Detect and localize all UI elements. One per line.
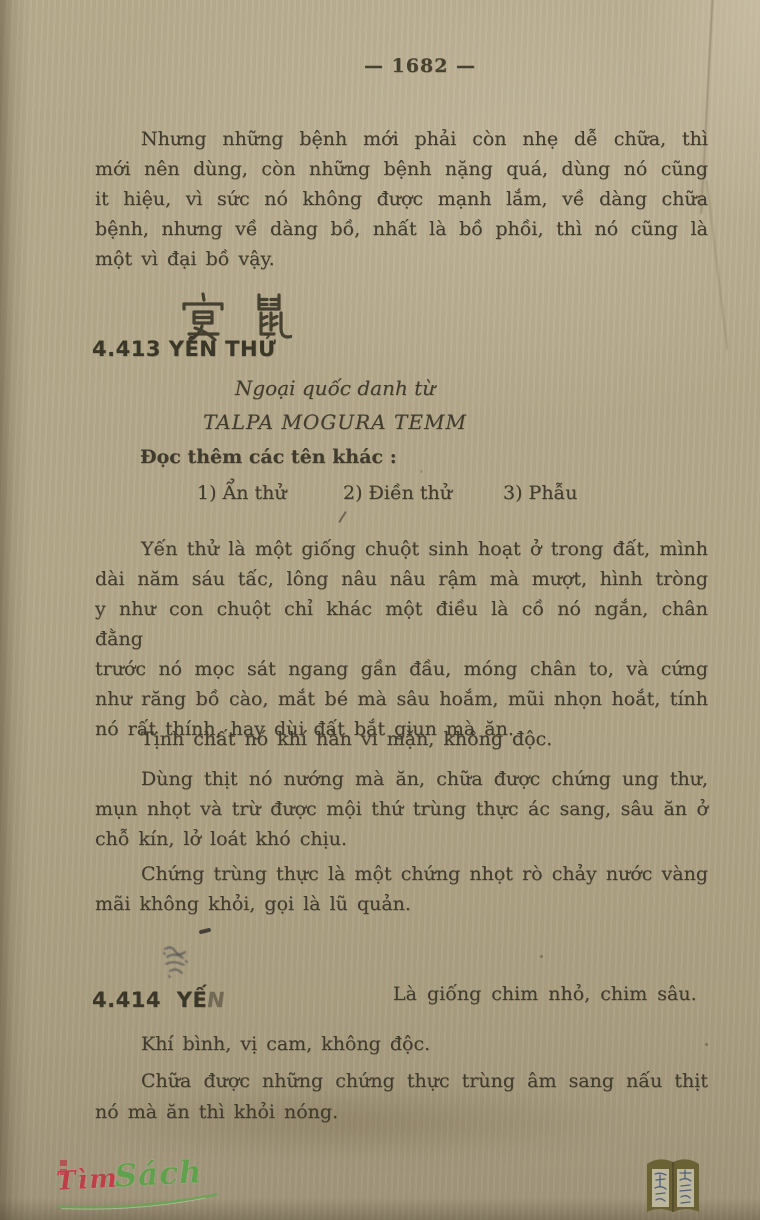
paragraph-line: chỗ kín, lở loát khó chịu. [95,824,708,854]
timsach-watermark: TìmSách [55,1154,203,1198]
note-paragraph: Chứng trùng thực là một chứng nhọt rò ch… [95,859,708,919]
section-word-partial: N [206,988,227,1012]
paragraph-line: như răng bồ cào, mắt bé mà sâu hoắm, mũi… [95,684,708,714]
watermark-part2: Sách [114,1154,204,1195]
section-word: YẾ [177,988,208,1012]
smudged-hanzi-glyph [160,943,190,979]
section-summary: Là giống chim nhỏ, chim sâu. [393,983,697,1005]
other-name-3: 3) Phẫu [503,482,577,504]
paragraph-line: it hiệu, vì sức nó không được mạnh lắm, … [95,184,708,214]
paragraph-line: trước nó mọc sát ngang gần đầu, móng châ… [95,654,708,684]
foreign-name-label: Ngoại quốc danh từ [90,376,580,400]
property-line: Tịnh chất nó khí hàn vi mặn, không độc. [141,724,708,754]
paragraph-line: nó mà ăn thì khỏi nóng. [95,1097,708,1128]
paragraph-line: bệnh, nhưng về dàng bồ, nhất là bồ phồi,… [95,214,708,244]
section-number: 4.414 [92,988,161,1012]
paragraph-line: mới nên dùng, còn những bệnh nặng quá, d… [95,154,708,184]
paragraph-line: Chữa được những chứng thực trùng âm sang… [95,1066,708,1097]
paragraph-line: mụn nhọt và trừ được mội thứ trùng thực … [95,794,708,824]
book-stamp-icon [644,1154,702,1218]
page-number: — 1682 — [300,55,540,77]
paragraph-line: dài năm sáu tấc, lông nâu nâu rậm mà mượ… [95,564,708,594]
usage-paragraph: Dùng thịt nó nướng mà ăn, chữa được chứn… [95,764,708,854]
paragraph-line: y như con chuột chỉ khác một điều là cồ … [95,594,708,654]
other-name-2: 2) Điền thử [343,482,452,504]
paragraph-line: một vì đại bồ vậy. [95,244,708,274]
paragraph-line: Chứng trùng thực là một chứng nhọt rò ch… [95,859,708,889]
other-names-label: Đọc thêm các tên khác : [140,446,397,468]
usage-paragraph-4414: Chữa được những chứng thực trùng âm sang… [95,1066,708,1128]
stray-ink-dash [199,928,212,935]
paragraph-line: Nhưng những bệnh mới phải còn nhẹ dễ chữ… [95,124,708,154]
paragraph-line: mãi không khỏi, gọi là lũ quản. [95,889,708,919]
ink-speck [420,470,423,473]
intro-paragraph: Nhưng những bệnh mới phải còn nhẹ dễ chữ… [95,124,708,274]
paper-crease [706,181,729,350]
scanned-book-page: — 1682 — Nhưng những bệnh mới phải còn n… [0,0,760,1220]
stray-ink-slash [338,511,347,523]
section-heading-4413: 4.413 YẾN THỬ [92,337,276,361]
hanzi-shu-glyph [246,291,292,341]
page-left-edge-shadow [0,0,30,1220]
hanzi-yan-glyph [180,291,226,341]
latin-name: TALPA MOGURA TEMM [90,410,580,434]
description-paragraph: Yến thử là một giống chuột sinh hoạt ở t… [95,534,708,744]
property-line-4414: Khí bình, vị cam, không độc. [141,1029,708,1059]
other-name-1: 1) Ẩn thử [197,482,287,504]
watermark-part1: Tìm [55,1164,119,1197]
paragraph-line: Dùng thịt nó nướng mà ăn, chữa được chứn… [95,764,708,794]
ink-speck [540,955,543,958]
section-heading-4414: 4.414 YẾN [92,988,225,1012]
paragraph-line: Yến thử là một giống chuột sinh hoạt ở t… [95,534,708,564]
